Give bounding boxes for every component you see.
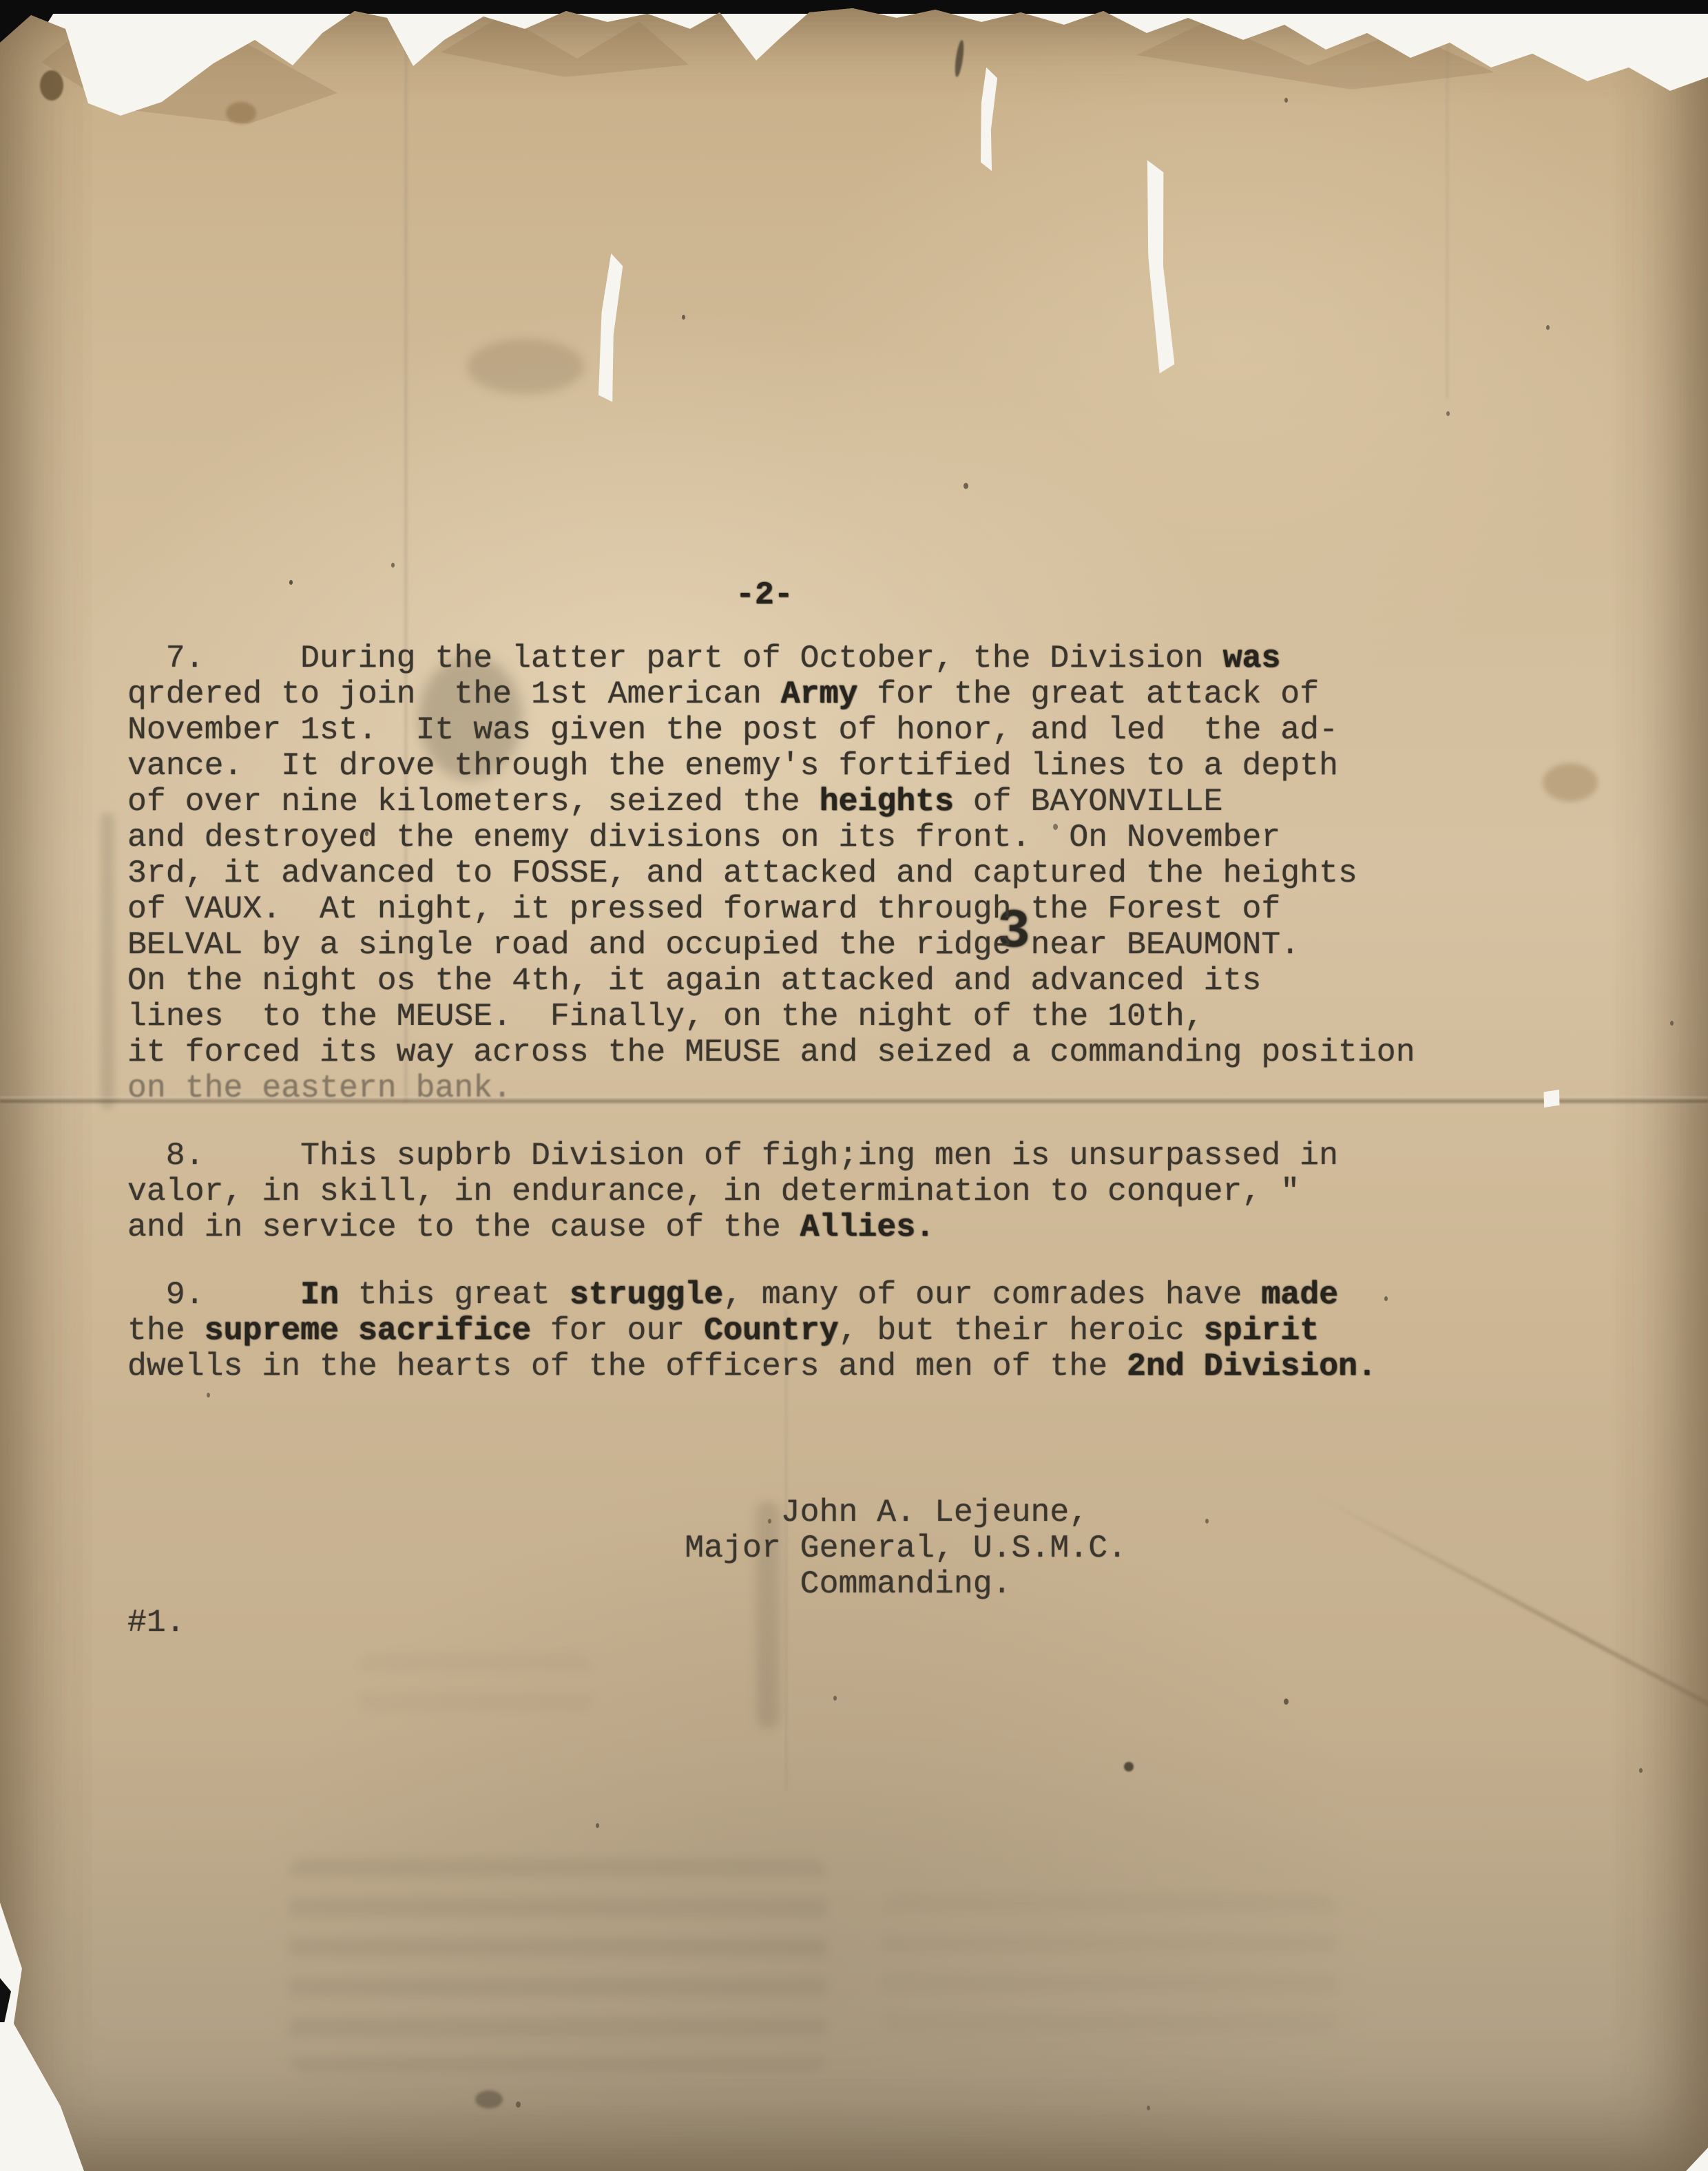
text-line: 8. This supbrb Division of figh;ing men … (127, 1138, 1338, 1174)
torn-flap (441, 15, 689, 77)
text-line: dwells in the hearts of the officers and… (127, 1349, 1377, 1384)
stain (467, 339, 584, 394)
text-line: Major General, U.S.M.C. (127, 1530, 1127, 1566)
bleed-through-text (358, 1653, 592, 1715)
text-line: On the night os the 4th, it again attack… (127, 963, 1415, 999)
text-line: it forced its way across the MEUSE and s… (127, 1035, 1415, 1070)
bottom-shading (0, 1730, 1708, 2171)
text-line: lines to the MEUSE. Finally, on the nigh… (127, 999, 1415, 1035)
paragraph-9: 9. In this great struggle, many of our c… (127, 1277, 1377, 1384)
text-line: and destroyed the enemy divisions on its… (127, 820, 1415, 855)
text-line: -2- (736, 577, 793, 613)
text-line: Commanding. (127, 1566, 1127, 1602)
stain (101, 813, 114, 1109)
stain (953, 40, 965, 78)
signature-block: John A. Lejeune, Major General, U.S.M.C.… (127, 1495, 1127, 1602)
file-number: #1. (127, 1605, 185, 1641)
text-line: 9. In this great struggle, many of our c… (127, 1277, 1377, 1313)
text-line: #1. (127, 1605, 185, 1641)
text-line: November 1st. It was given the post of h… (127, 712, 1415, 748)
paragraph-7: 7. During the latter part of October, th… (127, 641, 1415, 1106)
ink-specks (289, 580, 293, 585)
vertical-crease (1445, 41, 1449, 399)
text-line: and in service to the cause of the Allie… (127, 1209, 1338, 1245)
text-line: 7. During the latter part of October, th… (127, 641, 1415, 676)
text-line: of VAUX. At night, it pressed forward th… (127, 891, 1415, 927)
page-number: -2- (736, 577, 793, 613)
text-line: vance. It drove through the enemy's fort… (127, 748, 1415, 784)
stain (226, 102, 256, 124)
text-line: valor, in skill, in endurance, in determ… (127, 1174, 1338, 1209)
text-line: qrdered to join the 1st American Army fo… (127, 676, 1415, 712)
stain (1543, 763, 1598, 802)
stain (40, 70, 63, 101)
text-line: 3rd, it advanced to FOSSE, and attacked … (127, 855, 1415, 891)
text-line: BELVAL by a single road and occupied the… (127, 927, 1415, 963)
paper: 3 -2- 7. During the latter part of Octob… (0, 0, 1708, 2171)
paragraph-8: 8. This supbrb Division of figh;ing men … (127, 1138, 1338, 1245)
text-line: on the eastern bank. (127, 1070, 1415, 1106)
text-line: the supreme sacrifice for our Country, b… (127, 1313, 1377, 1349)
text-line: John A. Lejeune, (127, 1495, 1127, 1530)
text-line: of over nine kilometers, seized the heig… (127, 784, 1415, 820)
